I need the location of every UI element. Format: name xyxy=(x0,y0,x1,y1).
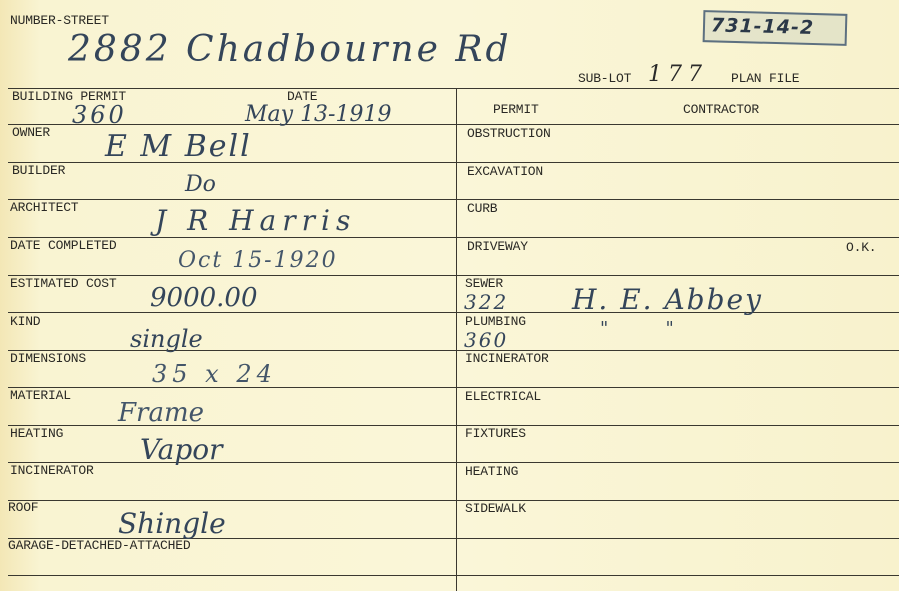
heating-permit-label: HEATING xyxy=(465,465,518,479)
plumbing-permit-number: 360 xyxy=(464,330,508,350)
garage-label: GARAGE-DETACHED-ATTACHED xyxy=(8,539,190,553)
electrical-label: ELECTRICAL xyxy=(465,390,541,404)
fixtures-label: FIXTURES xyxy=(465,427,526,441)
heating-value: Vapor xyxy=(140,436,223,464)
owner-value: E M Bell xyxy=(105,132,252,162)
roof-label: ROOF xyxy=(8,501,38,515)
builder-label: BUILDER xyxy=(12,164,65,178)
heating-label: HEATING xyxy=(10,427,63,441)
row-divider xyxy=(8,124,899,125)
building-permit-value: 360 xyxy=(72,103,127,127)
date-completed-label: DATE COMPLETED xyxy=(10,239,116,253)
incinerator-permit-label: INCINERATOR xyxy=(465,352,549,366)
material-value: Frame xyxy=(118,400,204,426)
obstruction-label: OBSTRUCTION xyxy=(467,127,551,141)
row-divider xyxy=(8,237,899,238)
date-value: May 13-1919 xyxy=(245,104,391,126)
kind-label: KIND xyxy=(10,315,40,329)
file-number-text: 731-14-2 xyxy=(711,14,815,39)
contractor-header: CONTRACTOR xyxy=(683,103,759,117)
driveway-note: O.K. xyxy=(846,241,876,255)
plumbing-label: PLUMBING xyxy=(465,315,526,329)
row-divider xyxy=(8,387,899,388)
permit-header: PERMIT xyxy=(493,103,539,117)
permit-card: NUMBER-STREET 2882 Chadbourne Rd 731-14-… xyxy=(0,0,899,591)
dimensions-value: 35 x 24 xyxy=(152,362,277,386)
file-number-stamp: 731-14-2 xyxy=(703,10,848,46)
excavation-label: EXCAVATION xyxy=(467,165,543,179)
row-divider xyxy=(8,312,899,313)
sub-lot-label: SUB-LOT xyxy=(578,72,631,86)
material-label: MATERIAL xyxy=(10,389,71,403)
sewer-permit-number: 322 xyxy=(464,292,508,312)
sewer-label: SEWER xyxy=(465,277,503,291)
curb-label: CURB xyxy=(467,202,497,216)
architect-value: J R Harris xyxy=(155,207,356,235)
dimensions-label: DIMENSIONS xyxy=(10,352,86,366)
column-divider xyxy=(456,88,457,591)
sewer-contractor: H. E. Abbey xyxy=(572,286,763,314)
driveway-label: DRIVEWAY xyxy=(467,240,528,254)
row-divider xyxy=(8,575,899,576)
row-divider xyxy=(8,88,899,89)
row-divider xyxy=(8,275,899,276)
estimated-cost-value: 9000.00 xyxy=(150,285,258,311)
kind-value: single xyxy=(130,327,203,351)
plumbing-contractor: " " xyxy=(600,320,674,338)
architect-label: ARCHITECT xyxy=(10,201,78,215)
row-divider xyxy=(8,199,899,200)
number-street-value: 2882 Chadbourne Rd xyxy=(68,32,512,68)
number-street-label: NUMBER-STREET xyxy=(10,14,109,28)
row-divider xyxy=(8,500,899,501)
sub-lot-value: 177 xyxy=(648,64,708,86)
estimated-cost-label: ESTIMATED COST xyxy=(10,277,116,291)
owner-label: OWNER xyxy=(12,126,50,140)
incinerator-label: INCINERATOR xyxy=(10,464,94,478)
date-completed-value: Oct 15-1920 xyxy=(178,250,338,272)
builder-value: Do xyxy=(185,174,216,196)
sidewalk-label: SIDEWALK xyxy=(465,502,526,516)
plan-file-label: PLAN FILE xyxy=(731,72,799,86)
roof-value: Shingle xyxy=(118,510,226,538)
